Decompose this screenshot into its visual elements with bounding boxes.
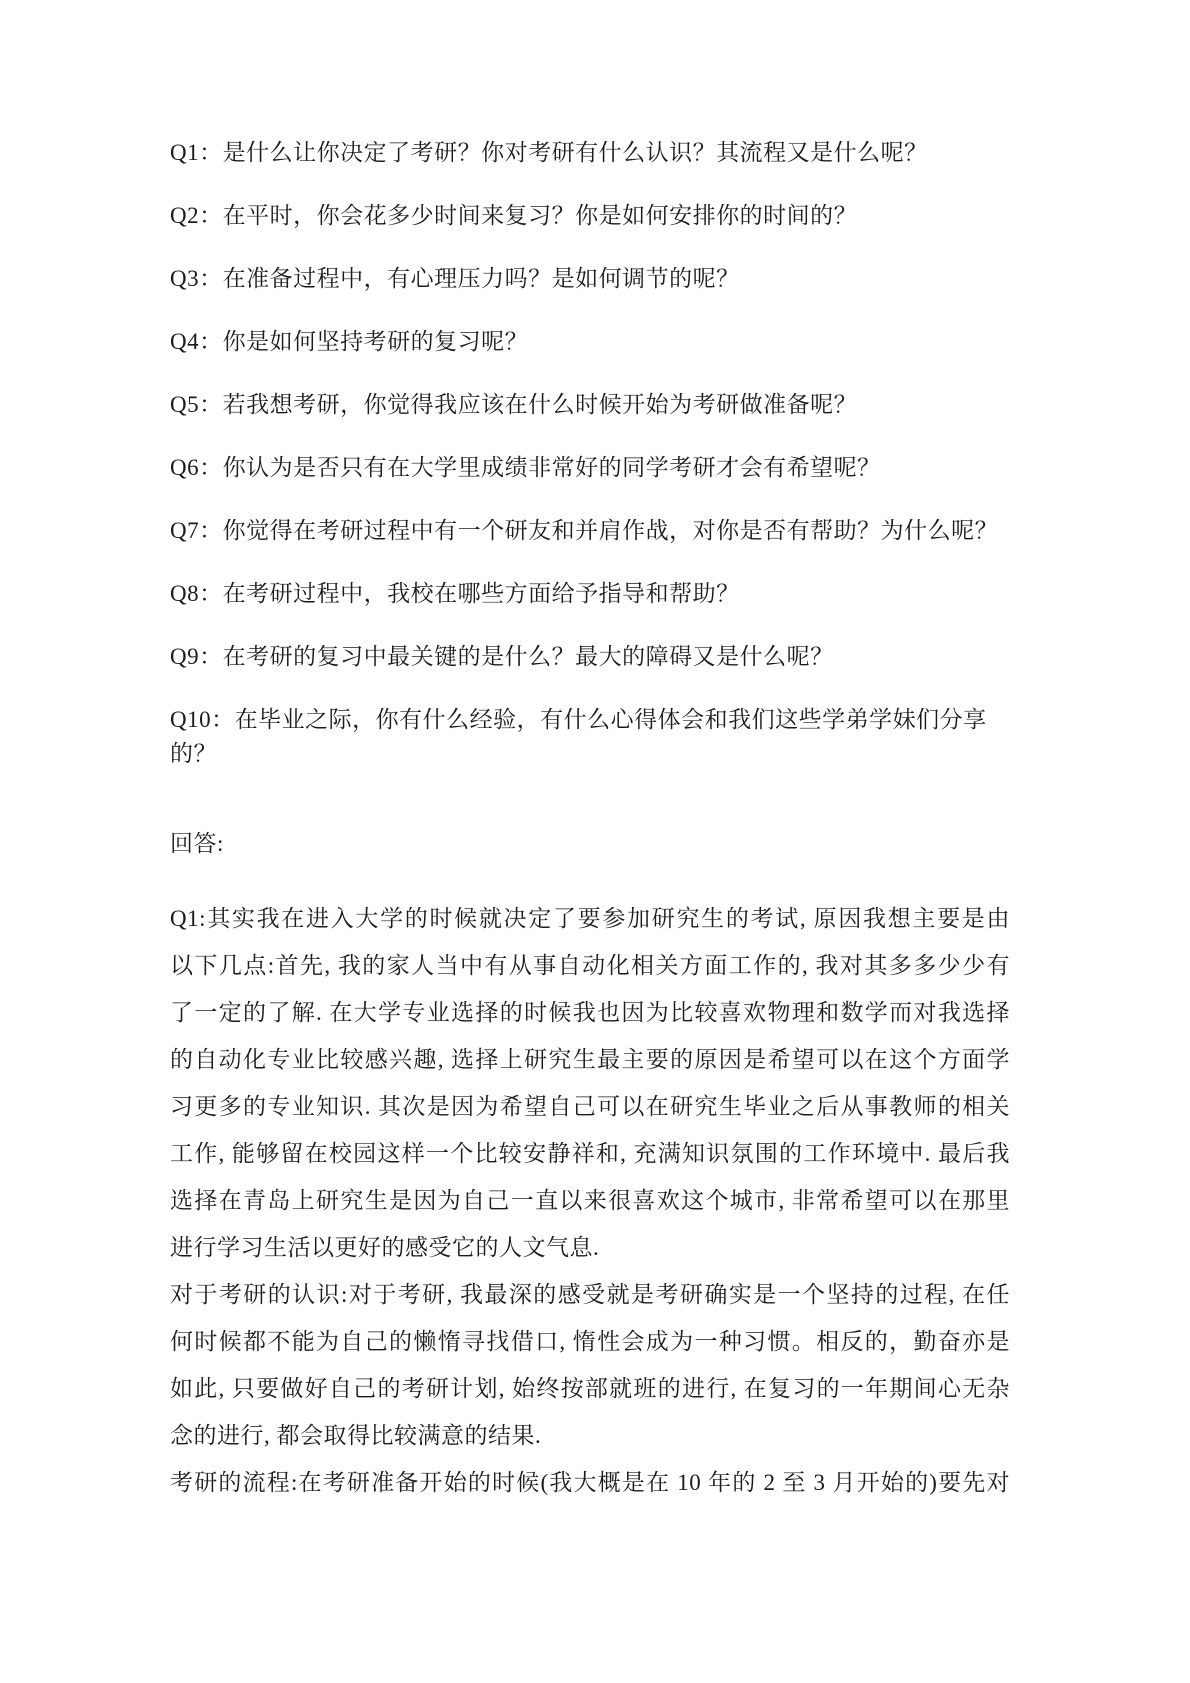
question-line: Q8：在考研过程中，我校在哪些方面给予指导和帮助？: [170, 577, 1010, 611]
answer-line: 选择在青岛上研究生是因为自己一直以来很喜欢这个城市, 非常希望可以在那里: [170, 1177, 1010, 1224]
questions-section: Q1：是什么让你决定了考研？你对考研有什么认识？其流程又是什么呢？Q2：在平时，…: [170, 136, 1010, 771]
answer-line: 工作, 能够留在校园这样一个比较安静祥和, 充满知识氛围的工作环境中. 最后我: [170, 1130, 1010, 1177]
question-line: Q10：在毕业之际，你有什么经验，有什么心得体会和我们这些学弟学妹们分享: [170, 703, 1010, 737]
question-item: Q7：你觉得在考研过程中有一个研友和并肩作战，对你是否有帮助？为什么呢？: [170, 514, 1010, 548]
answer-line: 以下几点:首先, 我的家人当中有从事自动化相关方面工作的, 我对其多多少少有: [170, 942, 1010, 989]
answer-line: 念的进行, 都会取得比较满意的结果.: [170, 1412, 1010, 1459]
question-item: Q4：你是如何坚持考研的复习呢？: [170, 325, 1010, 359]
question-line: Q6：你认为是否只有在大学里成绩非常好的同学考研才会有希望呢？: [170, 451, 1010, 485]
question-line: Q3：在准备过程中，有心理压力吗？是如何调节的呢？: [170, 262, 1010, 296]
question-line: 的？: [170, 737, 1010, 771]
answer-line: 了一定的了解. 在大学专业选择的时候我也因为比较喜欢物理和数学而对我选择: [170, 989, 1010, 1036]
question-line: Q4：你是如何坚持考研的复习呢？: [170, 325, 1010, 359]
answer-line: 对于考研的认识:对于考研, 我最深的感受就是考研确实是一个坚持的过程, 在任: [170, 1271, 1010, 1318]
answer-line: 考研的流程:在考研准备开始的时候(我大概是在 10 年的 2 至 3 月开始的)…: [170, 1459, 1010, 1506]
answer-section: Q1:其实我在进入大学的时候就决定了要参加研究生的考试, 原因我想主要是由以下几…: [170, 895, 1010, 1506]
answer-line: 的自动化专业比较感兴趣, 选择上研究生最主要的原因是希望可以在这个方面学: [170, 1036, 1010, 1083]
question-line: Q5：若我想考研，你觉得我应该在什么时候开始为考研做准备呢？: [170, 388, 1010, 422]
answer-heading: 回答:: [170, 827, 1010, 861]
question-item: Q1：是什么让你决定了考研？你对考研有什么认识？其流程又是什么呢？: [170, 136, 1010, 170]
answer-line: 如此, 只要做好自己的考研计划, 始终按部就班的进行, 在复习的一年期间心无杂: [170, 1365, 1010, 1412]
question-line: Q9：在考研的复习中最关键的是什么？最大的障碍又是什么呢？: [170, 640, 1010, 674]
question-line: Q7：你觉得在考研过程中有一个研友和并肩作战，对你是否有帮助？为什么呢？: [170, 514, 1010, 548]
question-line: Q2：在平时，你会花多少时间来复习？你是如何安排你的时间的？: [170, 199, 1010, 233]
answer-line: Q1:其实我在进入大学的时候就决定了要参加研究生的考试, 原因我想主要是由: [170, 895, 1010, 942]
answer-line: 进行学习生活以更好的感受它的人文气息.: [170, 1224, 1010, 1271]
question-item: Q6：你认为是否只有在大学里成绩非常好的同学考研才会有希望呢？: [170, 451, 1010, 485]
question-line: Q1：是什么让你决定了考研？你对考研有什么认识？其流程又是什么呢？: [170, 136, 1010, 170]
question-item: Q5：若我想考研，你觉得我应该在什么时候开始为考研做准备呢？: [170, 388, 1010, 422]
document-page: Q1：是什么让你决定了考研？你对考研有什么认识？其流程又是什么呢？Q2：在平时，…: [0, 0, 1190, 1683]
question-item: Q9：在考研的复习中最关键的是什么？最大的障碍又是什么呢？: [170, 640, 1010, 674]
answer-line: 何时候都不能为自己的懒惰寻找借口, 惰性会成为一种习惯。相反的，勤奋亦是: [170, 1318, 1010, 1365]
answer-line: 习更多的专业知识. 其次是因为希望自己可以在研究生毕业之后从事教师的相关: [170, 1083, 1010, 1130]
question-item: Q10：在毕业之际，你有什么经验，有什么心得体会和我们这些学弟学妹们分享的？: [170, 703, 1010, 771]
question-item: Q8：在考研过程中，我校在哪些方面给予指导和帮助？: [170, 577, 1010, 611]
question-item: Q3：在准备过程中，有心理压力吗？是如何调节的呢？: [170, 262, 1010, 296]
question-item: Q2：在平时，你会花多少时间来复习？你是如何安排你的时间的？: [170, 199, 1010, 233]
